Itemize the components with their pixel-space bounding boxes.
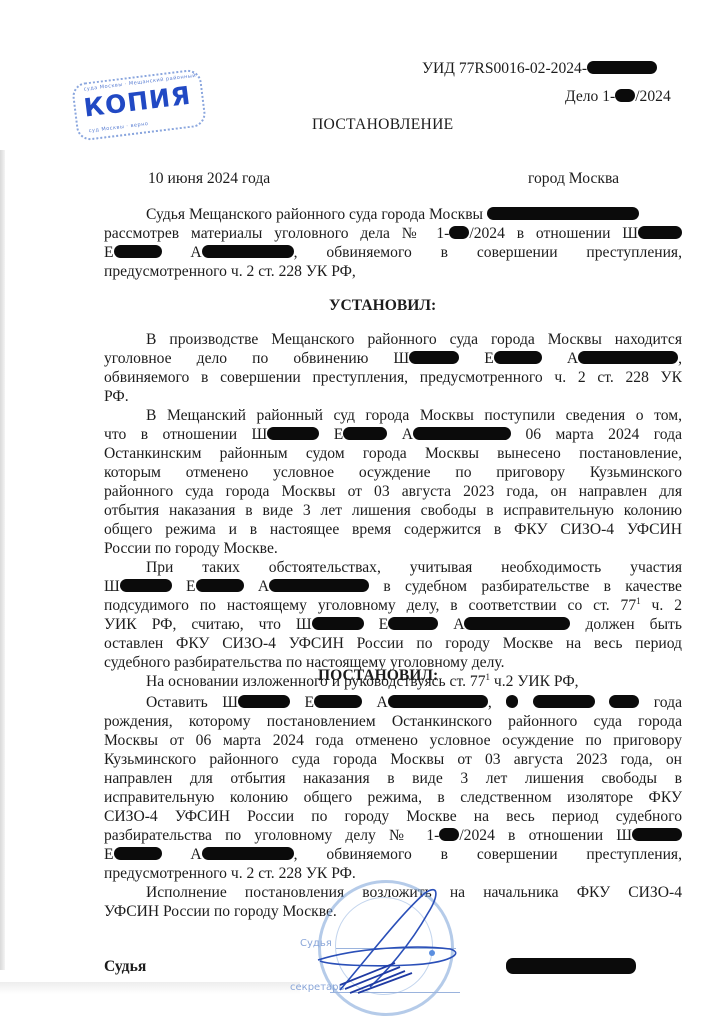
redaction	[202, 847, 294, 860]
p5-line: Оставить Ш Е А, года	[104, 693, 682, 712]
case-suffix: /2024	[635, 88, 671, 105]
case-number: Дело 1-/2024	[565, 88, 671, 106]
p5-text: А	[190, 846, 201, 863]
redaction	[609, 695, 639, 708]
p3-text: Ш	[104, 578, 120, 595]
redaction	[269, 579, 369, 592]
p5-text: А	[377, 694, 388, 711]
document-title: ПОСТАНОВЛЕНИЕ	[312, 116, 454, 134]
document-page: суда Москвы · Мещанский районный КОПИЯ с…	[0, 0, 725, 1024]
redaction	[487, 207, 639, 220]
p3-text: должен быть	[585, 616, 682, 633]
signature-icon	[300, 885, 500, 1005]
intro-text: Е	[104, 244, 114, 261]
p2-line: В Мещанский районный суд города Москвы п…	[104, 406, 682, 425]
p5-line: Москвы от 06 марта 2024 года отменено ус…	[104, 731, 682, 750]
p5-text: /2024 в отношении Ш	[459, 827, 632, 844]
p1-line: уголовное дело по обвинению Ш Е А,	[104, 349, 682, 368]
p5-text: Оставить Ш	[146, 694, 238, 711]
document-date: 10 июня 2024 года	[148, 170, 270, 188]
section-heading-decided: ПОСТАНОВИЛ:	[318, 667, 438, 685]
p2-line: районного суда города Москвы от 03 авгус…	[104, 482, 682, 501]
p3-line: При таких обстоятельствах, учитывая необ…	[104, 558, 682, 577]
p3-text: подсудимого по настоящему уголовному дел…	[104, 597, 636, 614]
p3-line: подсудимого по настоящему уголовному дел…	[104, 596, 682, 615]
p1-text: Е	[484, 350, 494, 367]
p3-text: Е	[186, 578, 196, 595]
p2-line: которым отменено условное осуждение по п…	[104, 463, 682, 482]
redaction	[449, 226, 469, 239]
redaction	[506, 695, 518, 708]
redaction	[464, 617, 570, 630]
p1-text: уголовное дело по обвинению Ш	[104, 350, 409, 367]
redaction	[312, 617, 364, 630]
redaction	[615, 89, 635, 102]
p4-text: ч.2 УИК РФ,	[490, 673, 579, 690]
p3-line: УИК РФ, считаю, что Ш Е А должен быть	[104, 615, 682, 634]
copy-stamp: суда Москвы · Мещанский районный КОПИЯ с…	[71, 68, 207, 141]
p2-line: отбытия наказания в виде 3 лет лишения с…	[104, 501, 682, 520]
p1-line: В производстве Мещанского районного суда…	[104, 330, 682, 349]
p2-text: А	[402, 426, 413, 443]
p2-line: России по городу Москве.	[104, 539, 682, 558]
p3-text: ч. 2	[641, 597, 682, 614]
p2-text: что в отношении Ш	[104, 426, 267, 443]
p5-text: Е	[104, 846, 114, 863]
p5-line: рождения, которому постановлением Останк…	[104, 712, 682, 731]
p2-line: общего режима и в настоящее время содерж…	[104, 520, 682, 539]
p5-text: ,	[488, 694, 492, 711]
p2-line: Останкинским районным судом города Москв…	[104, 444, 682, 463]
p3-text: А	[258, 578, 269, 595]
redaction	[120, 579, 172, 592]
redaction	[632, 828, 682, 841]
p5-line: Кузьминского районного суда города Москв…	[104, 750, 682, 769]
redaction	[202, 245, 294, 258]
redaction	[533, 695, 595, 708]
p3-text: Е	[379, 616, 389, 633]
p5-text: года	[654, 694, 682, 711]
p1-text: А	[567, 350, 578, 367]
p1-text: ,	[678, 350, 682, 367]
case-prefix: Дело 1-	[565, 88, 615, 105]
p3-text: А	[453, 616, 464, 633]
uid-label: УИД 77RS0016-02-2024-	[422, 60, 587, 77]
redaction	[388, 617, 438, 630]
p5-text: , обвиняемого в совершении преступления,	[294, 846, 682, 863]
p3-text: в судебном разбирательстве в качестве	[383, 578, 682, 595]
redaction	[494, 351, 542, 364]
section-heading-established: УСТАНОВИЛ:	[329, 297, 436, 315]
redaction	[578, 351, 678, 364]
intro-line-1: Судья Мещанского районного суда города М…	[104, 205, 682, 224]
redaction	[439, 828, 459, 841]
p5-line: направлен для отбытия наказания в виде 3…	[104, 769, 682, 788]
redaction	[196, 579, 244, 592]
p5-line: Е А, обвиняемого в совершении преступлен…	[104, 845, 682, 864]
intro-line-4: предусмотренного ч. 2 ст. 228 УК РФ,	[104, 262, 682, 281]
p1-line: обвиняемого в совершении преступления, п…	[104, 368, 682, 387]
redaction	[267, 427, 319, 440]
intro-text: рассмотрев материалы уголовного дела № 1…	[104, 225, 449, 242]
p5-line: исправительную колонию общего режима, в …	[104, 788, 682, 807]
p3-text: УИК РФ, считаю, что Ш	[104, 616, 312, 633]
document-city: город Москва	[528, 170, 619, 188]
p2-line: что в отношении Ш Е А 06 марта 2024 года	[104, 425, 682, 444]
intro-text: А	[190, 244, 201, 261]
p2-text: 06 марта 2024 года	[525, 426, 682, 443]
redaction	[638, 226, 682, 239]
intro-line-2: рассмотрев материалы уголовного дела № 1…	[104, 224, 682, 243]
intro-line-3: Е А, обвиняемого в совершении преступлен…	[104, 243, 682, 262]
p3-line: оставлен ФКУ СИЗО-4 УФСИН России по горо…	[104, 634, 682, 653]
p3-line: Ш Е А в судебном разбирательстве в качес…	[104, 577, 682, 596]
p1-line: РФ.	[104, 387, 682, 406]
redaction	[343, 427, 387, 440]
redaction	[114, 847, 162, 860]
scan-bottom-shadow	[0, 982, 300, 994]
p5-line: разбирательства по уголовному делу № 1-/…	[104, 826, 682, 845]
scan-edge-shadow	[0, 150, 5, 970]
redaction	[409, 351, 459, 364]
p5-text: разбирательства по уголовному делу № 1-	[104, 827, 439, 844]
redaction	[587, 61, 657, 74]
uid-line: УИД 77RS0016-02-2024-	[422, 60, 657, 78]
redaction	[238, 695, 290, 708]
intro-text: , обвиняемого в совершении преступления,	[294, 244, 682, 261]
redaction	[413, 427, 511, 440]
p5-text: Е	[305, 694, 315, 711]
redaction	[114, 245, 162, 258]
redaction	[314, 695, 362, 708]
judge-name-redaction	[506, 958, 636, 974]
p5-line: СИЗО-4 УФСИН России по городу Москве на …	[104, 807, 682, 826]
redaction	[388, 695, 488, 708]
intro-text: Судья Мещанского районного суда города М…	[146, 206, 483, 223]
intro-text: /2024 в отношении Ш	[469, 225, 638, 242]
judge-signature-label: Судья	[104, 958, 146, 976]
p2-text: Е	[334, 426, 344, 443]
copy-stamp-ring-text-bottom: суд Москвы · верно	[88, 121, 148, 134]
